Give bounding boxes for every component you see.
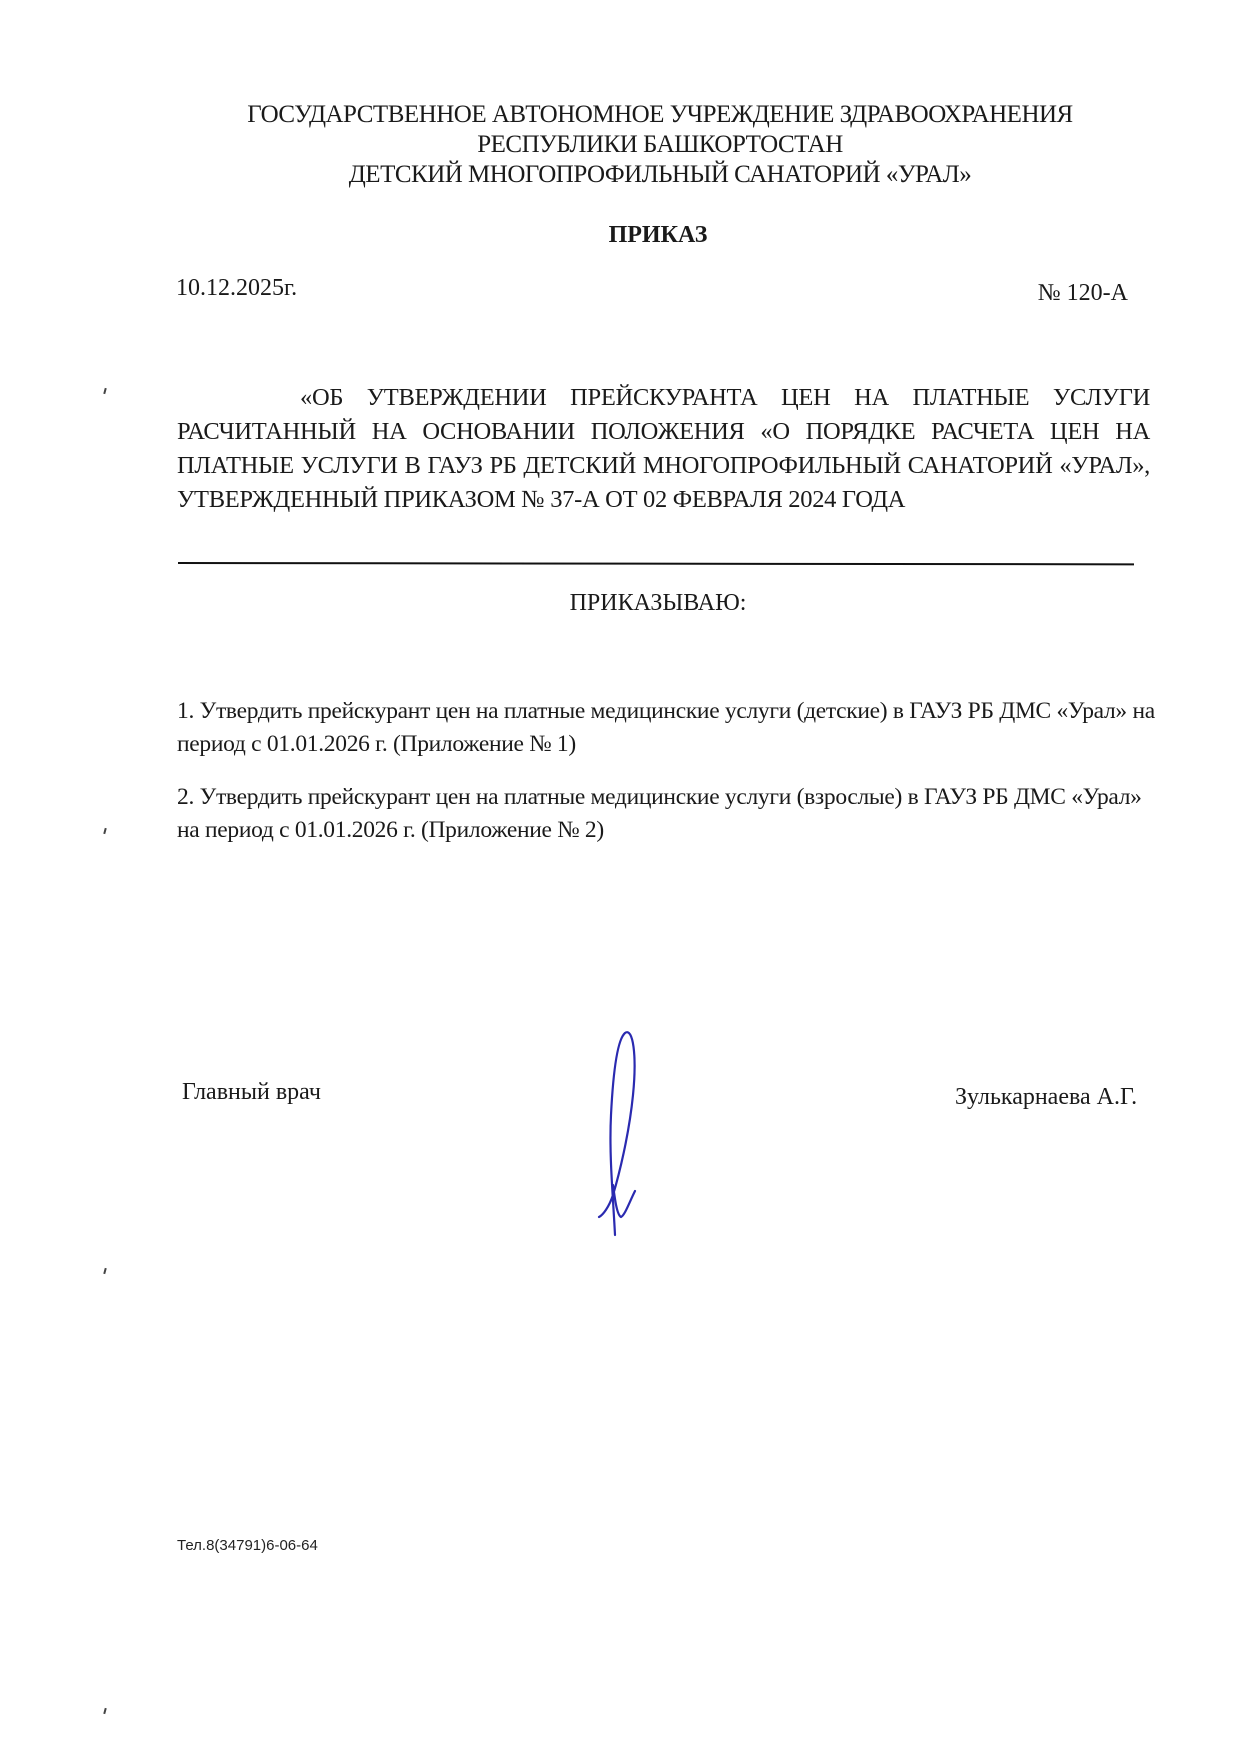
scan-speck — [103, 388, 106, 394]
document-number: № 120-А — [1038, 280, 1128, 307]
document-type-heading: ПРИКАЗ — [0, 222, 1240, 249]
scan-speck — [103, 828, 106, 834]
document-page: ГОСУДАРСТВЕННОЕ АВТОНОМНОЕ УЧРЕЖДЕНИЕ ЗД… — [0, 0, 1240, 1754]
header-line-1: ГОСУДАРСТВЕННОЕ АВТОНОМНОЕ УЧРЕЖДЕНИЕ ЗД… — [200, 100, 1120, 130]
order-items-list: 1. Утвердить прейскурант цен на платные … — [177, 695, 1157, 867]
order-item-2: 2. Утвердить прейскурант цен на платные … — [177, 781, 1157, 847]
handwritten-signature-icon — [575, 1025, 655, 1240]
order-directive-label: ПРИКАЗЫВАЮ: — [0, 590, 1240, 617]
header-line-2: РЕСПУБЛИКИ БАШКОРТОСТАН — [200, 130, 1120, 160]
order-item-1: 1. Утвердить прейскурант цен на платные … — [177, 695, 1157, 761]
scan-speck — [103, 1708, 106, 1714]
signatory-position: Главный врач — [182, 1079, 321, 1106]
footer-phone: Тел.8(34791)6-06-64 — [177, 1537, 318, 1554]
scan-speck — [103, 1268, 106, 1274]
signatory-name: Зулькарнаева А.Г. — [955, 1084, 1137, 1111]
order-title: «ОБ УТВЕРЖДЕНИИ ПРЕЙСКУРАНТА ЦЕН НА ПЛАТ… — [177, 381, 1150, 517]
header-line-3: ДЕТСКИЙ МНОГОПРОФИЛЬНЫЙ САНАТОРИЙ «УРАЛ» — [200, 160, 1120, 190]
document-date: 10.12.2025г. — [176, 275, 297, 302]
horizontal-divider — [178, 562, 1134, 565]
organization-header: ГОСУДАРСТВЕННОЕ АВТОНОМНОЕ УЧРЕЖДЕНИЕ ЗД… — [200, 100, 1120, 190]
